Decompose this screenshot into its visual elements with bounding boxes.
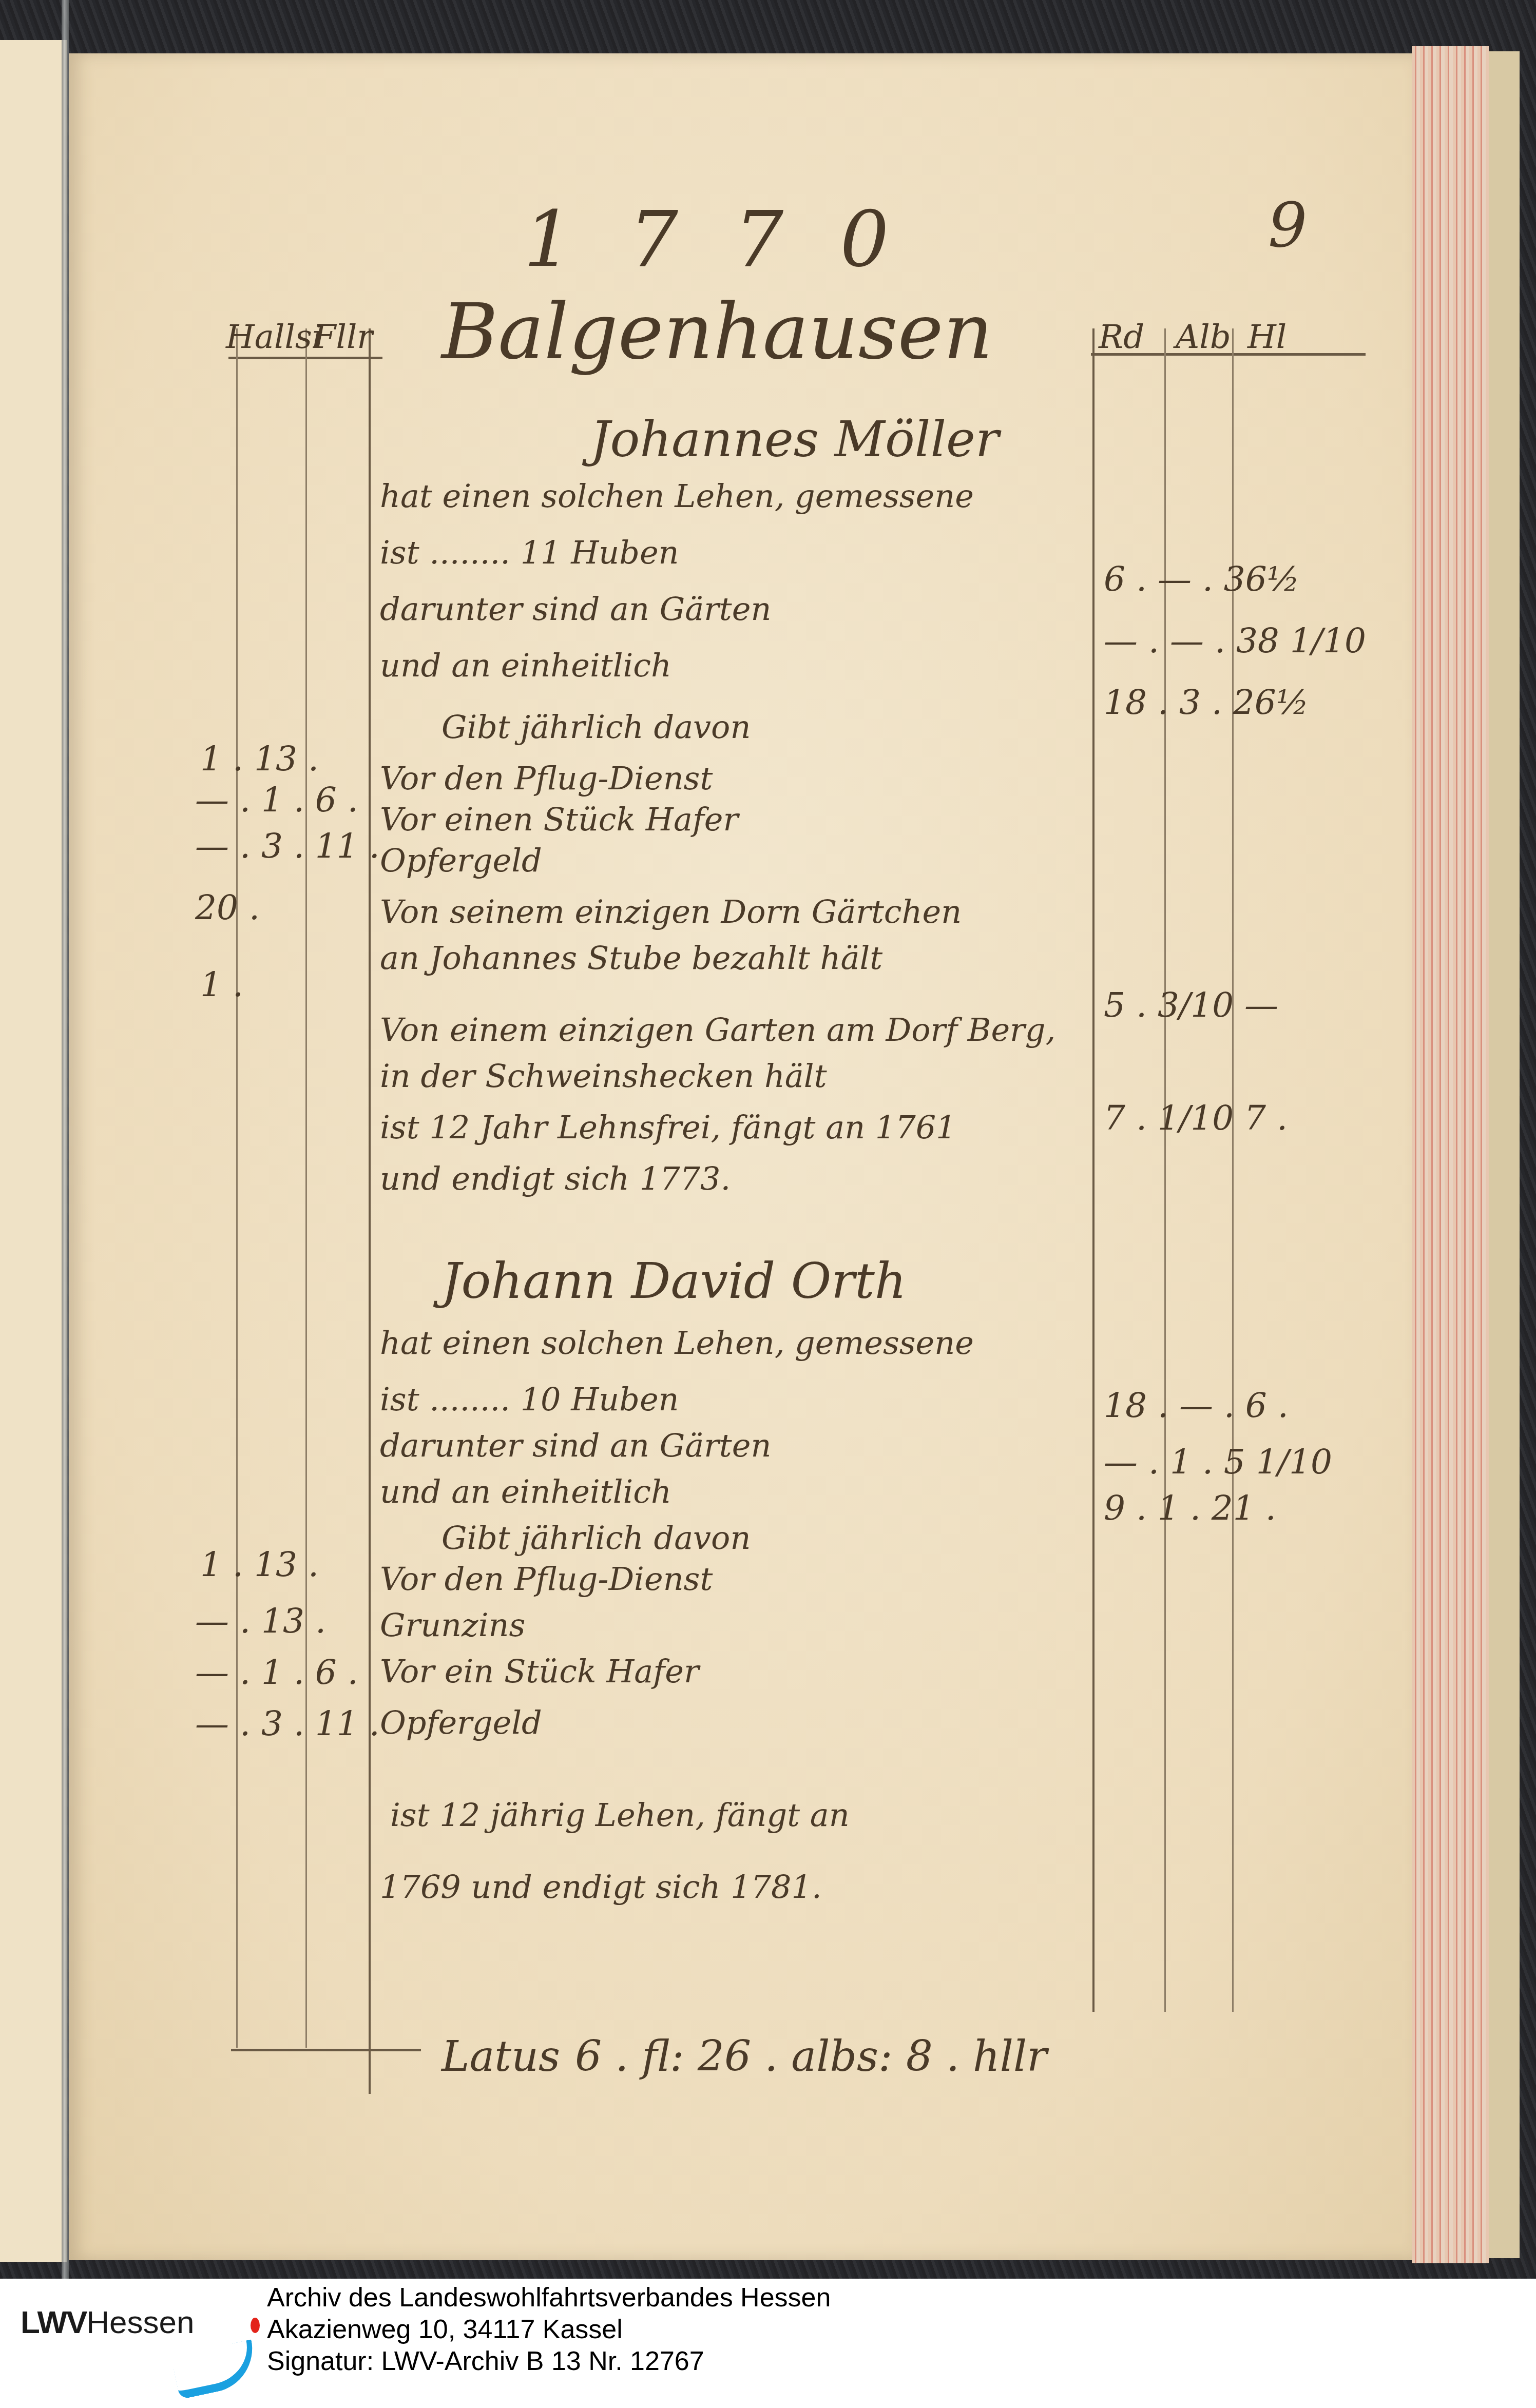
entry-left-amount: 1 . 13 . — [200, 739, 319, 779]
entry-line: Vor einen Stück Hafer — [380, 801, 738, 838]
entry-amount: 7 . 1/10 7 . — [1104, 1098, 1288, 1138]
entry-line: Opfergeld — [380, 842, 542, 879]
entry-line: hat einen solchen Lehen, gemessene — [380, 477, 974, 515]
right-col-heading-3: Hl — [1247, 318, 1287, 356]
entry-amount: — . 1 . 5 1/10 — [1104, 1442, 1332, 1482]
folio-number: 9 — [1268, 190, 1307, 261]
glass-weight-rod — [62, 0, 69, 2279]
entry-line: und an einheitlich — [380, 647, 671, 684]
total-label: Latus — [441, 2032, 560, 2081]
entry-left-amount: — . 1 . 6 . — [195, 780, 358, 820]
book-text-block-edge — [1412, 46, 1489, 2263]
entry-left-amount: — . 3 . 11 . — [195, 826, 380, 866]
page-year: 1770 — [524, 195, 946, 284]
entry-line: Von einem einzigen Garten am Dorf Berg, — [380, 1011, 1055, 1048]
archive-footer: LWVHessen Archiv des Landeswohlfahrtsver… — [0, 2279, 1536, 2408]
entry-line: Vor ein Stück Hafer — [380, 1653, 699, 1690]
entry-amount: 18 . 3 . 26½ — [1104, 683, 1309, 722]
entry-line: darunter sind an Gärten — [380, 590, 771, 628]
total-rule — [231, 2049, 421, 2051]
entry-line: in der Schweinshecken hält — [380, 1057, 827, 1095]
logo-red-dot-icon — [251, 2318, 260, 2333]
entry-left-amount: — . 13 . — [195, 1601, 326, 1641]
entry-left-amount: 1 . 13 . — [200, 1545, 319, 1584]
archive-address: Akazienweg 10, 34117 Kassel — [267, 2314, 831, 2345]
entry-left-amount: — . 1 . 6 . — [195, 1653, 358, 1692]
entry-line: an Johannes Stube bezahlt hält — [380, 939, 882, 977]
logo-blue-swoosh-icon — [171, 2339, 260, 2399]
left-col-line-3 — [369, 328, 371, 2094]
archive-info: Archiv des Landeswohlfahrtsverbandes Hes… — [267, 2282, 831, 2377]
previous-page-edge — [0, 40, 67, 2262]
entry-name: Johannes Möller — [590, 411, 999, 468]
entry-line: ist 12 jährig Lehen, fängt an — [390, 1796, 850, 1834]
left-col-line-1 — [236, 328, 238, 2048]
entry-line: Gibt jährlich davon — [441, 708, 751, 746]
archive-signature: Signatur: LWV-Archiv B 13 Nr. 12767 — [267, 2345, 831, 2377]
entry-line: und an einheitlich — [380, 1473, 671, 1510]
entry-line: hat einen solchen Lehen, gemessene — [380, 1324, 974, 1362]
entry-amount: 9 . 1 . 21 . — [1104, 1488, 1276, 1528]
right-col-heading-2: Alb — [1176, 318, 1231, 356]
right-col-heading-1: Rd — [1099, 318, 1144, 356]
entry-line: und endigt sich 1773. — [380, 1160, 731, 1197]
entry-line: Opfergeld — [380, 1704, 542, 1741]
manuscript-page — [69, 53, 1412, 2260]
entry-line: darunter sind an Gärten — [380, 1427, 771, 1464]
archive-name: Archiv des Landeswohlfahrtsverbandes Hes… — [267, 2282, 831, 2314]
logo-hessen-text: Hessen — [86, 2305, 194, 2340]
left-col-heading-1: Hallsi — [226, 318, 322, 356]
entry-amount: 6 . — . 36½ — [1104, 559, 1300, 599]
entry-left-amount: — . 3 . 11 . — [195, 1704, 380, 1743]
logo-lwv-text: LWV — [21, 2305, 86, 2340]
lwv-hessen-logo: LWVHessen — [21, 2304, 195, 2341]
entry-name: Johann David Orth — [441, 1252, 907, 1310]
entry-line: Gibt jährlich davon — [441, 1519, 751, 1557]
entry-line: ist ........ 10 Huben — [380, 1381, 679, 1418]
entry-line: Von seinem einzigen Dorn Gärtchen — [380, 893, 962, 930]
entry-amount: 5 . 3/10 — — [1104, 985, 1278, 1025]
entry-line: Vor den Pflug-Dienst — [380, 760, 713, 797]
entry-line: 1769 und endigt sich 1781. — [380, 1868, 822, 1906]
entry-line: Grunzins — [380, 1606, 525, 1644]
right-col-line-1 — [1092, 328, 1095, 2012]
left-col-line-2 — [305, 328, 307, 2048]
entry-left-amount: 20 . — [195, 888, 260, 927]
entry-line: ist ........ 11 Huben — [380, 534, 679, 571]
entry-amount: — . — . 38 1/10 — [1104, 621, 1366, 661]
book-cover-edge — [1489, 51, 1520, 2258]
entry-amount: 18 . — . 6 . — [1104, 1386, 1289, 1425]
entry-line: ist 12 Jahr Lehnsfrei, fängt an 1761 — [380, 1109, 956, 1146]
left-col-heading-2: Fllr — [313, 318, 373, 356]
entry-line: Vor den Pflug-Dienst — [380, 1560, 713, 1598]
entry-left-amount: 1 . — [200, 965, 243, 1004]
total-value: 6 . fl: 26 . albs: 8 . hllr — [575, 2032, 1047, 2081]
page-title: Balgenhausen — [441, 287, 993, 377]
